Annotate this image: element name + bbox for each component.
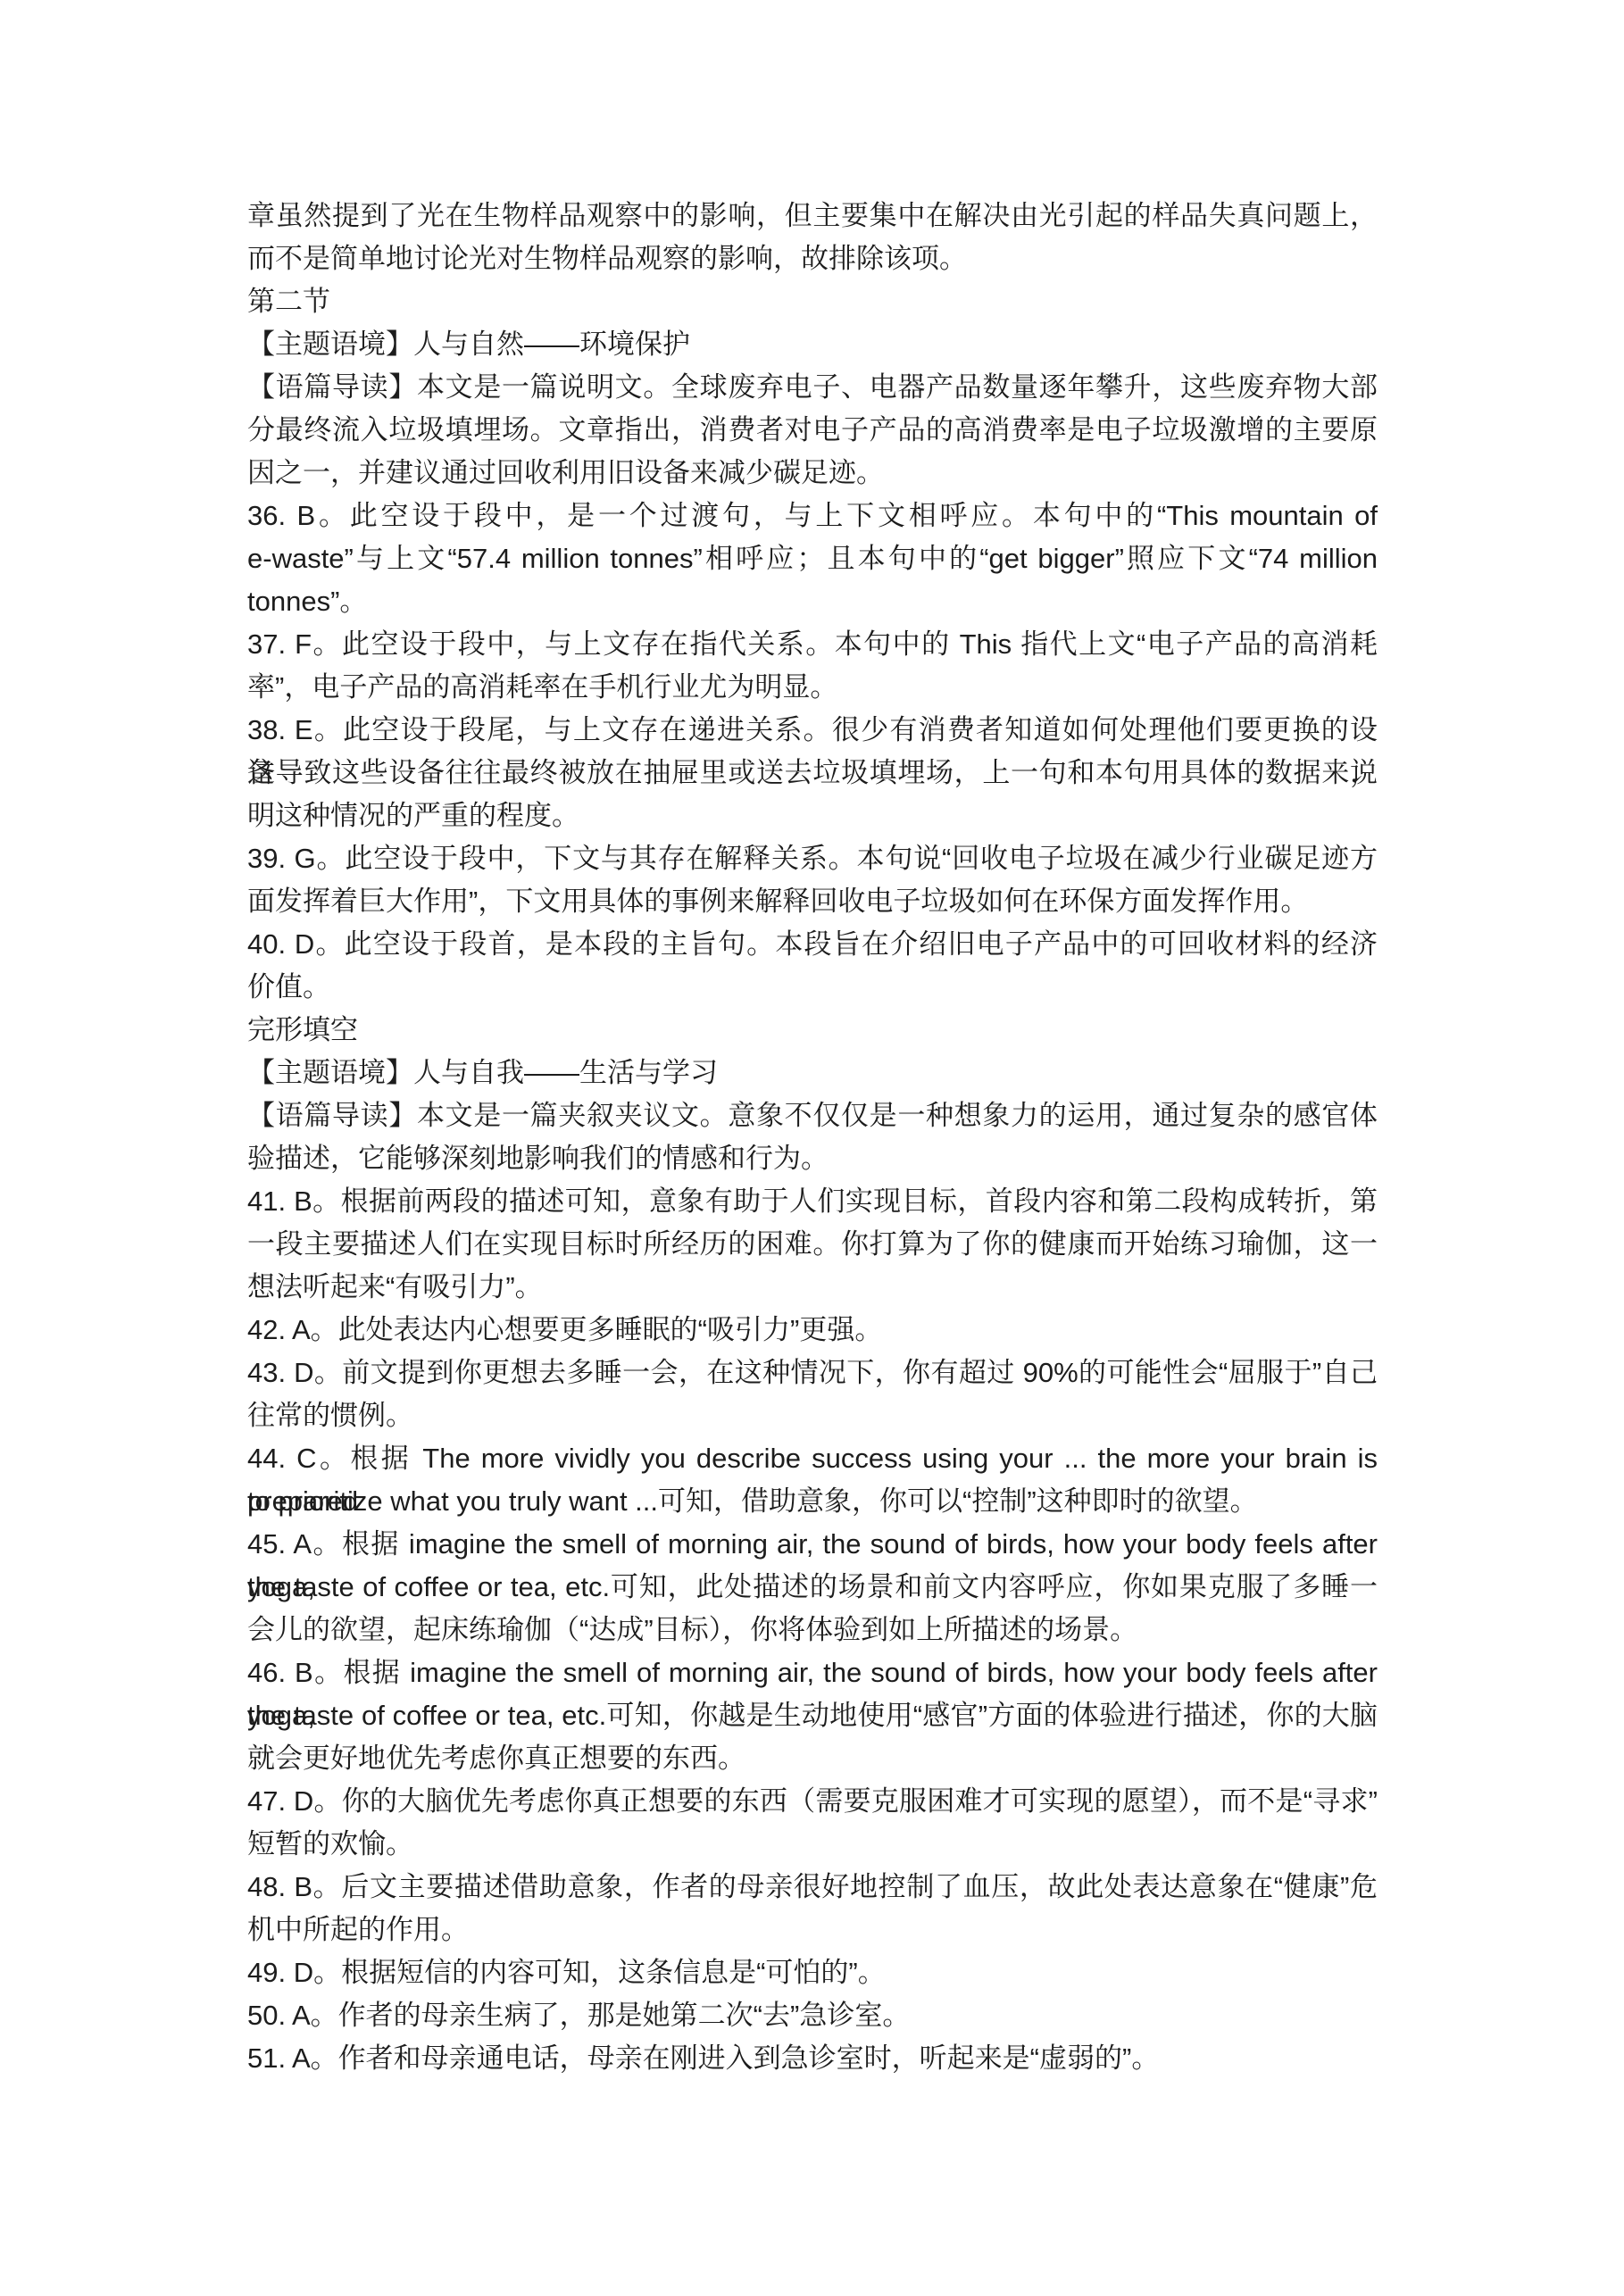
text-line: 章虽然提到了光在生物样品观察中的影响，但主要集中在解决由光引起的样品失真问题上， <box>247 195 1378 237</box>
text-line: 短暂的欢愉。 <box>247 1823 1378 1866</box>
text-line: 49. D。根据短信的内容可知，这条信息是“可怕的”。 <box>247 1951 1378 1994</box>
text-line: 一段主要描述人们在实现目标时所经历的困难。你打算为了你的健康而开始练习瑜伽，这一 <box>247 1223 1378 1266</box>
text-line: 48. B。后文主要描述借助意象，作者的母亲很好地控制了血压，故此处表达意象在“… <box>247 1866 1378 1909</box>
text-line: 44. C。根据 The more vividly you describe s… <box>247 1437 1378 1480</box>
text-line: 【主题语境】人与自然——环境保护 <box>247 323 1378 366</box>
text-line: 第二节 <box>247 280 1378 323</box>
text-line: 价值。 <box>247 966 1378 1009</box>
text-line: 这导致这些设备往往最终被放在抽屉里或送去垃圾填埋场，上一句和本句用具体的数据来说 <box>247 752 1378 794</box>
text-line: 36. B。此空设于段中，是一个过渡句，与上下文相呼应。本句中的“This mo… <box>247 495 1378 537</box>
text-line: 验描述，它能够深刻地影响我们的情感和行为。 <box>247 1137 1378 1180</box>
text-line: e-waste”与上文“57.4 million tonnes”相呼应；且本句中… <box>247 537 1378 580</box>
text-line: 【语篇导读】本文是一篇说明文。全球废弃电子、电器产品数量逐年攀升，这些废弃物大部 <box>247 366 1378 409</box>
document-text-block: 章虽然提到了光在生物样品观察中的影响，但主要集中在解决由光引起的样品失真问题上，… <box>247 195 1378 2080</box>
text-line: 因之一，并建议通过回收利用旧设备来减少碳足迹。 <box>247 452 1378 495</box>
text-line: 明这种情况的严重的程度。 <box>247 794 1378 837</box>
text-line: 面发挥着巨大作用”，下文用具体的事例来解释回收电子垃圾如何在环保方面发挥作用。 <box>247 880 1378 923</box>
text-line: 【语篇导读】本文是一篇夹叙夹议文。意象不仅仅是一种想象力的运用，通过复杂的感官体 <box>247 1094 1378 1137</box>
text-line: 【主题语境】人与自我——生活与学习 <box>247 1052 1378 1094</box>
text-line: 分最终流入垃圾填埋场。文章指出，消费者对电子产品的高消费率是电子垃圾激增的主要原 <box>247 409 1378 452</box>
text-line: 43. D。前文提到你更想去多睡一会，在这种情况下，你有超过 90%的可能性会“… <box>247 1352 1378 1394</box>
text-line: 38. E。此空设于段尾，与上文存在递进关系。很少有消费者知道如何处理他们要更换… <box>247 709 1378 752</box>
text-line: 47. D。你的大脑优先考虑你真正想要的东西（需要克服困难才可实现的愿望），而不… <box>247 1780 1378 1823</box>
text-line: 想法听起来“有吸引力”。 <box>247 1266 1378 1309</box>
text-line: 45. A。根据 imagine the smell of morning ai… <box>247 1523 1378 1566</box>
text-line: 就会更好地优先考虑你真正想要的东西。 <box>247 1737 1378 1780</box>
text-line: to prioritize what you truly want ...可知，… <box>247 1480 1378 1523</box>
text-line: 而不是简单地讨论光对生物样品观察的影响，故排除该项。 <box>247 237 1378 280</box>
text-line: 39. G。此空设于段中，下文与其存在解释关系。本句说“回收电子垃圾在减少行业碳… <box>247 837 1378 880</box>
text-line: 40. D。此空设于段首，是本段的主旨句。本段旨在介绍旧电子产品中的可回收材料的… <box>247 923 1378 966</box>
text-line: tonnes”。 <box>247 580 1378 623</box>
text-line: 41. B。根据前两段的描述可知，意象有助于人们实现目标，首段内容和第二段构成转… <box>247 1180 1378 1223</box>
text-line: 51. A。作者和母亲通电话，母亲在刚进入到急诊室时，听起来是“虚弱的”。 <box>247 2037 1378 2080</box>
text-line: 完形填空 <box>247 1009 1378 1052</box>
text-line: 机中所起的作用。 <box>247 1909 1378 1951</box>
text-line: 往常的惯例。 <box>247 1394 1378 1437</box>
text-line: 50. A。作者的母亲生病了，那是她第二次“去”急诊室。 <box>247 1994 1378 2037</box>
document-page: 章虽然提到了光在生物样品观察中的影响，但主要集中在解决由光引起的样品失真问题上，… <box>0 0 1624 2296</box>
text-line: 会儿的欲望，起床练瑜伽（“达成”目标），你将体验到如上所描述的场景。 <box>247 1609 1378 1651</box>
text-line: 46. B。根据 imagine the smell of morning ai… <box>247 1651 1378 1694</box>
text-line: 42. A。此处表达内心想要更多睡眠的“吸引力”更强。 <box>247 1309 1378 1352</box>
text-line: 率”，电子产品的高消耗率在手机行业尤为明显。 <box>247 666 1378 709</box>
text-line: 37. F。此空设于段中，与上文存在指代关系。本句中的 This 指代上文“电子… <box>247 623 1378 666</box>
text-line: the taste of coffee or tea, etc.可知，你越是生动… <box>247 1694 1378 1737</box>
text-line: the taste of coffee or tea, etc.可知，此处描述的… <box>247 1566 1378 1609</box>
